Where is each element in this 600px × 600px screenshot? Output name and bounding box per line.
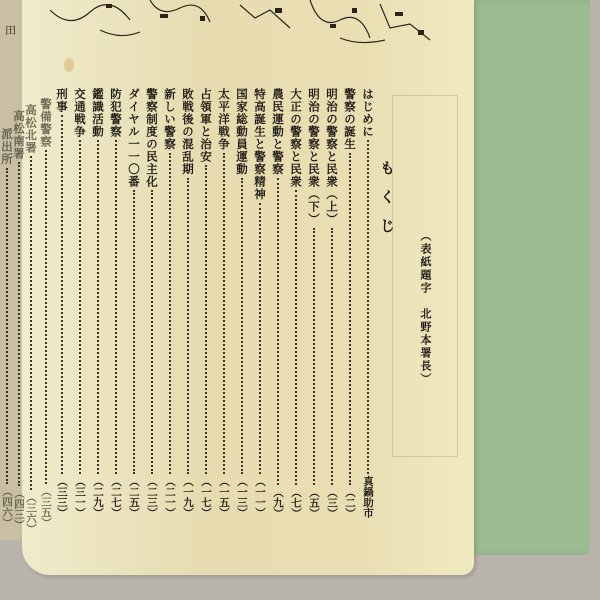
toc-entry[interactable]: 国家総動員運動 （一三） (235, 88, 249, 518)
entry-title: 交通戦争 (73, 88, 87, 138)
entry-page: （四六） (0, 486, 14, 528)
dot-leader (259, 203, 261, 475)
dot-leader (97, 140, 99, 474)
toc-entry[interactable]: 交通戦争 （三一） (73, 88, 87, 518)
entry-page: （二九） (91, 476, 105, 518)
dot-leader (331, 228, 333, 485)
dot-leader (295, 190, 297, 485)
dot-leader (169, 153, 171, 475)
toc-entry[interactable]: 警察制度の民主化 （二三） (145, 88, 159, 518)
entry-title: 大正の警察と民衆 (289, 88, 303, 188)
dot-leader (151, 190, 153, 474)
toc-entry[interactable]: 明治の警察と民衆（下） （五） (307, 88, 321, 518)
entry-title: 防犯警察 (109, 88, 123, 138)
dot-leader (223, 153, 225, 475)
entry-title: ダイヤル一一〇番 (127, 88, 141, 188)
toc-page: もくじ （表紙題字 北野本署長） はじめに 真鍋助市 警察の誕生 （二） 明治の… (22, 0, 474, 575)
entry-page: （三） (325, 487, 339, 519)
dot-leader (61, 115, 63, 474)
entry-title: 明治の警察と民衆（上） (325, 88, 339, 226)
entry-page: （一三） (235, 476, 249, 518)
toc-entry[interactable]: 大正の警察と民衆 （七） (289, 88, 303, 518)
toc-entry[interactable]: 防犯警察 （二七） (109, 88, 123, 518)
entry-page: （一七） (199, 476, 213, 518)
entry-page: （三三） (55, 476, 69, 518)
toc-entry[interactable]: 太平洋戦争 （一五） (217, 88, 231, 518)
entry-title: 農民運動と警察 (271, 88, 285, 176)
dot-leader (45, 150, 47, 484)
toc-entry[interactable]: 警察の誕生 （二） (343, 88, 357, 518)
entry-page: （三一） (73, 476, 87, 518)
entry-author: 真鍋助市 (361, 476, 375, 518)
toc-entry[interactable]: 派出所 （四六） (0, 128, 14, 528)
toc-entry[interactable]: 警備警察 （三五） (39, 98, 53, 528)
toc-entry[interactable]: 占領軍と治安 （一七） (199, 88, 213, 518)
entry-page: （一一） (253, 476, 267, 518)
entry-title: 警備警察 (39, 98, 53, 148)
map-drawing-icon (40, 0, 440, 48)
dot-leader (313, 228, 315, 485)
entry-title: 派出所 (0, 128, 14, 166)
entry-title: 鑑識活動 (91, 88, 105, 138)
entry-title: 太平洋戦争 (217, 88, 231, 151)
entry-title: 特高誕生と警察精神 (253, 88, 267, 201)
dot-leader (367, 140, 369, 474)
entry-page: （四三） (12, 488, 26, 530)
dot-leader (133, 190, 135, 474)
toc-entry[interactable]: 特高誕生と警察精神 （一一） (253, 88, 267, 518)
entry-page: （三五） (39, 486, 53, 528)
green-book-cover (462, 0, 590, 555)
entry-page: （二） (343, 487, 357, 519)
paper-stain (64, 58, 74, 72)
dot-leader (115, 140, 117, 474)
toc-entry[interactable]: 農民運動と警察 （九） (271, 88, 285, 518)
entry-title: 刑事 (55, 88, 69, 113)
entry-page: （七） (289, 487, 303, 519)
dot-leader (79, 140, 81, 474)
map-illustration (40, 0, 440, 48)
dot-leader (187, 178, 189, 475)
toc-entry[interactable]: 鑑識活動 （二九） (91, 88, 105, 518)
entry-title: 明治の警察と民衆（下） (307, 88, 321, 226)
dot-leader (241, 178, 243, 475)
dot-leader (6, 168, 8, 485)
entry-page: （一九） (181, 476, 195, 518)
toc-entry[interactable]: はじめに 真鍋助市 (361, 88, 375, 518)
entry-page: （五） (307, 487, 321, 519)
entry-title: 警察の誕生 (343, 88, 357, 151)
dot-leader (349, 153, 351, 485)
back-page-char: 田 (5, 22, 16, 38)
toc-entry[interactable]: 刑事 （三三） (55, 88, 69, 518)
entry-page: （一五） (217, 476, 231, 518)
toc-entry[interactable]: 高松南署 （四三） (12, 110, 26, 530)
entry-title: 新しい警察 (163, 88, 177, 151)
toc-entry[interactable]: 敗戦後の混乱期 （一九） (181, 88, 195, 518)
entry-title: 敗戦後の混乱期 (181, 88, 195, 176)
entry-page: （二五） (127, 476, 141, 518)
entry-title: 高松北署 (24, 104, 38, 154)
dot-leader (205, 165, 207, 474)
entry-page: （九） (271, 487, 285, 519)
dot-leader (277, 178, 279, 485)
dot-leader (18, 162, 20, 486)
cover-credit: （表紙題字 北野本署長） (417, 230, 433, 386)
toc-entry[interactable]: ダイヤル一一〇番 （二五） (127, 88, 141, 518)
entry-page: （二七） (109, 476, 123, 518)
entry-title: 占領軍と治安 (199, 88, 213, 163)
dot-leader (30, 156, 32, 490)
toc-heading: もくじ (377, 160, 398, 247)
entry-page: （三六） (24, 492, 38, 534)
entry-title: 国家総動員運動 (235, 88, 249, 176)
toc-entry[interactable]: 明治の警察と民衆（上） （三） (325, 88, 339, 518)
entry-page: （二一） (163, 476, 177, 518)
entry-title: 高松南署 (12, 110, 26, 160)
entry-title: はじめに (361, 88, 375, 138)
toc-entry[interactable]: 高松北署 （三六） (24, 104, 38, 534)
toc-entry[interactable]: 新しい警察 （二一） (163, 88, 177, 518)
entry-title: 警察制度の民主化 (145, 88, 159, 188)
entry-page: （二三） (145, 476, 159, 518)
